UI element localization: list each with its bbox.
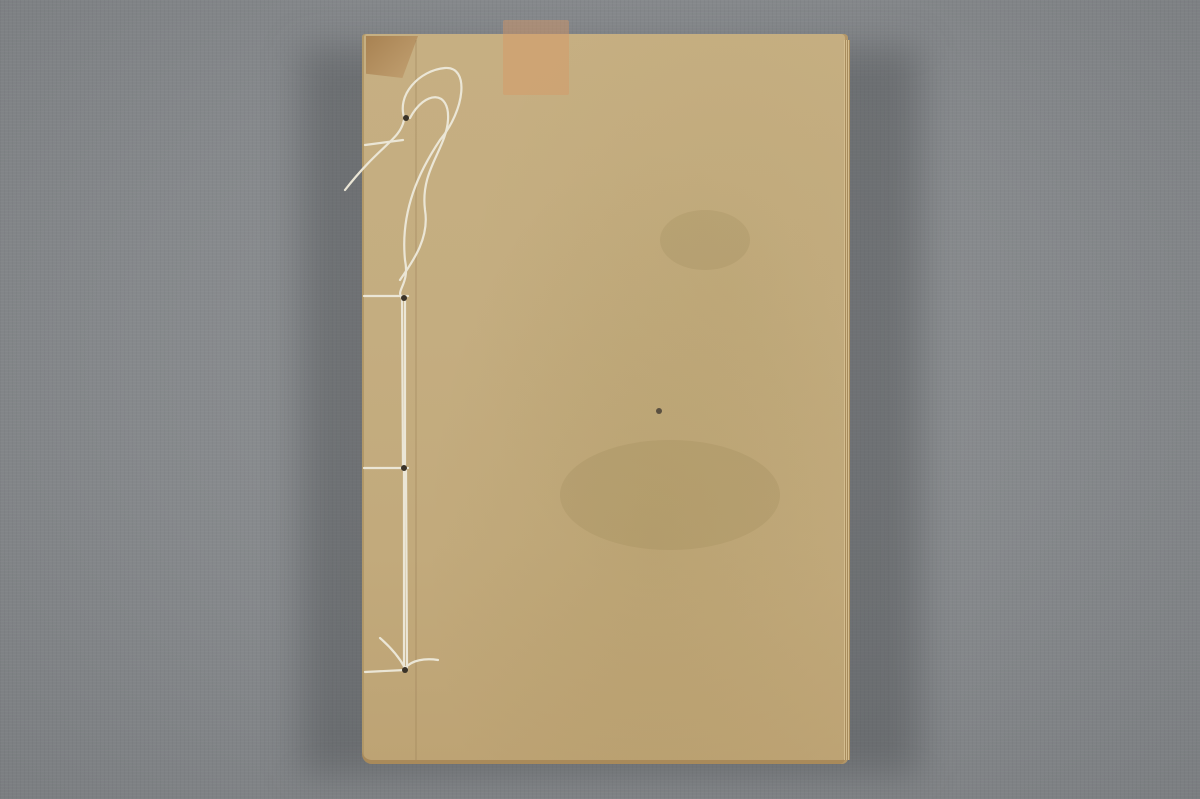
- water-stain: [660, 210, 750, 270]
- book-cover: [362, 34, 848, 764]
- water-stain: [560, 440, 780, 550]
- faded-label-patch: [503, 20, 569, 95]
- spine-fold: [415, 40, 417, 760]
- ink-dot: [656, 408, 662, 414]
- page-edges: [844, 40, 850, 760]
